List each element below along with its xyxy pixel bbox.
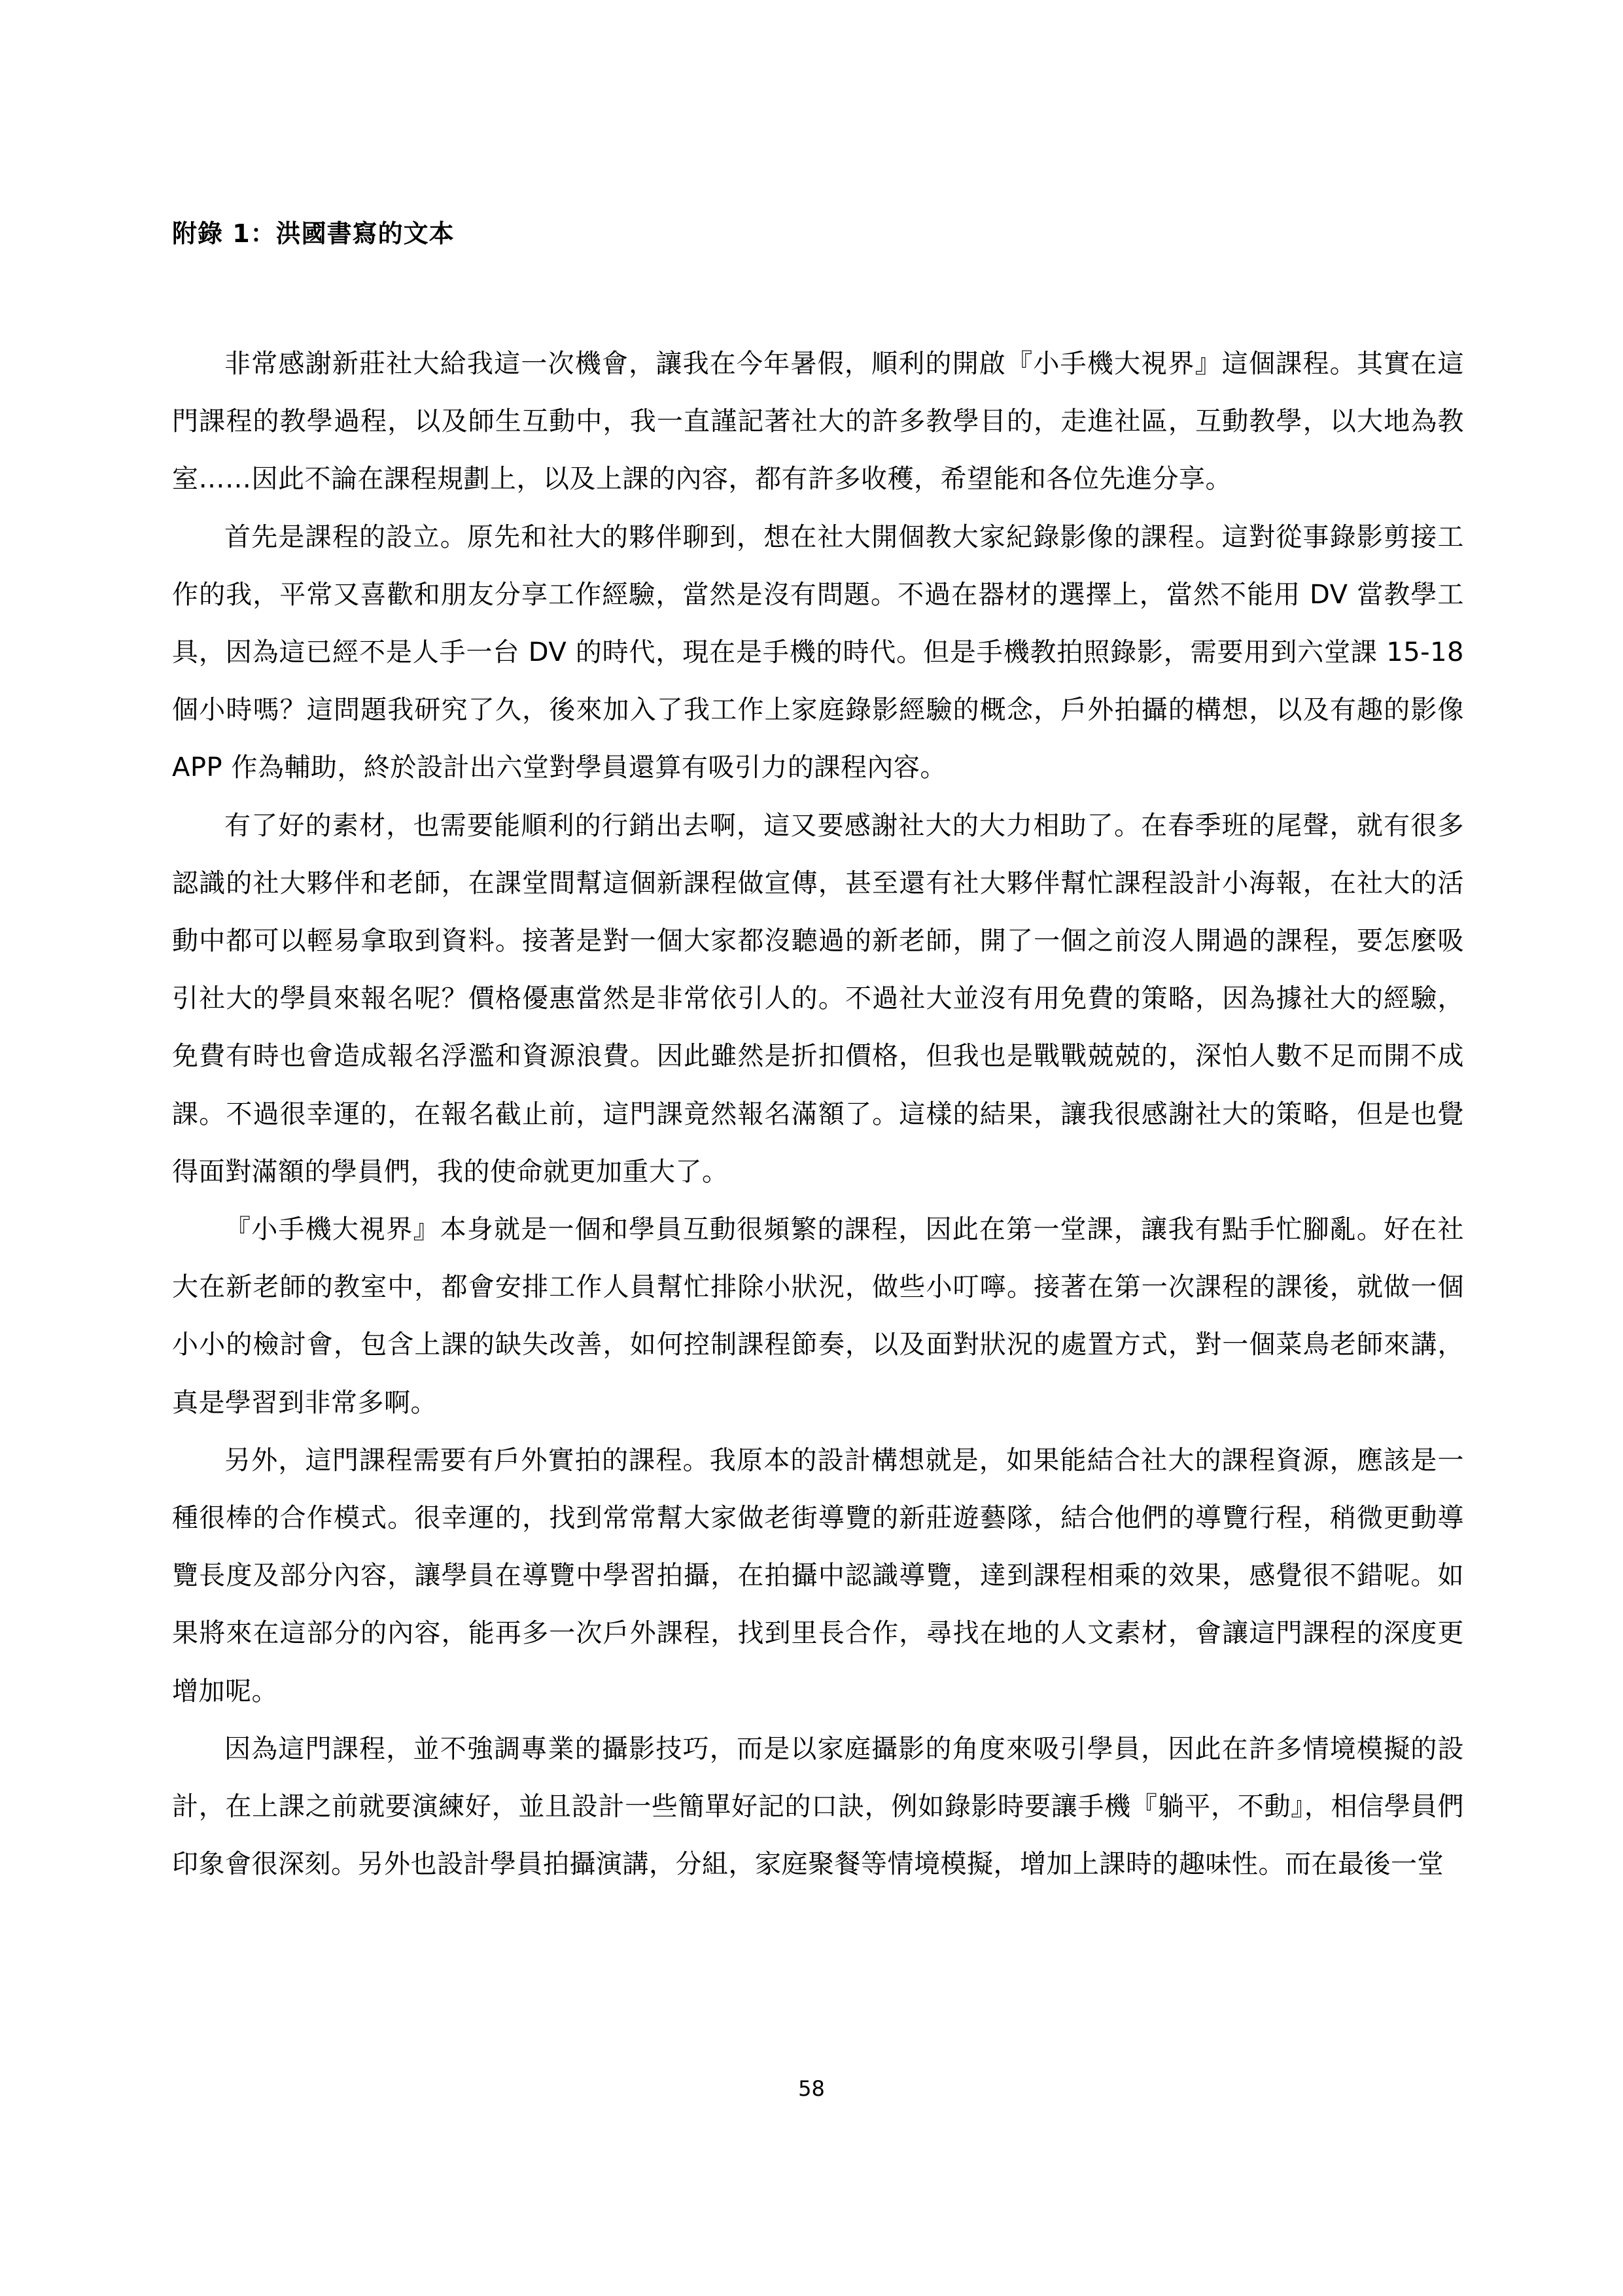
body-text: 非常感謝新莊社大給我這一次機會，讓我在今年暑假，順利的開啟『小手機大視界』這個課… [172, 335, 1464, 1893]
paragraph-gratitude: 非常感謝新莊社大給我這一次機會，讓我在今年暑假，順利的開啟『小手機大視界』這個課… [172, 335, 1464, 508]
paragraph-course-setup: 首先是課程的設立。原先和社大的夥伴聊到，想在社大開個教大家紀錄影像的課程。這對從… [172, 508, 1464, 797]
paragraph-marketing: 有了好的素材，也需要能順利的行銷出去啊，這又要感謝社大的大力相助了。在春季班的尾… [172, 797, 1464, 1201]
paragraph-first-class: 『小手機大視界』本身就是一個和學員互動很頻繁的課程，因此在第一堂課，讓我有點手忙… [172, 1201, 1464, 1432]
paragraph-scenario-design: 因為這門課程，並不強調專業的攝影技巧，而是以家庭攝影的角度來吸引學員，因此在許多… [172, 1720, 1464, 1894]
paragraph-outdoor-course: 另外，這門課程需要有戶外實拍的課程。我原本的設計構想就是，如果能結合社大的課程資… [172, 1432, 1464, 1720]
page-number: 58 [0, 2075, 1623, 2102]
appendix-heading: 附錄 1：洪國書寫的文本 [172, 217, 455, 250]
